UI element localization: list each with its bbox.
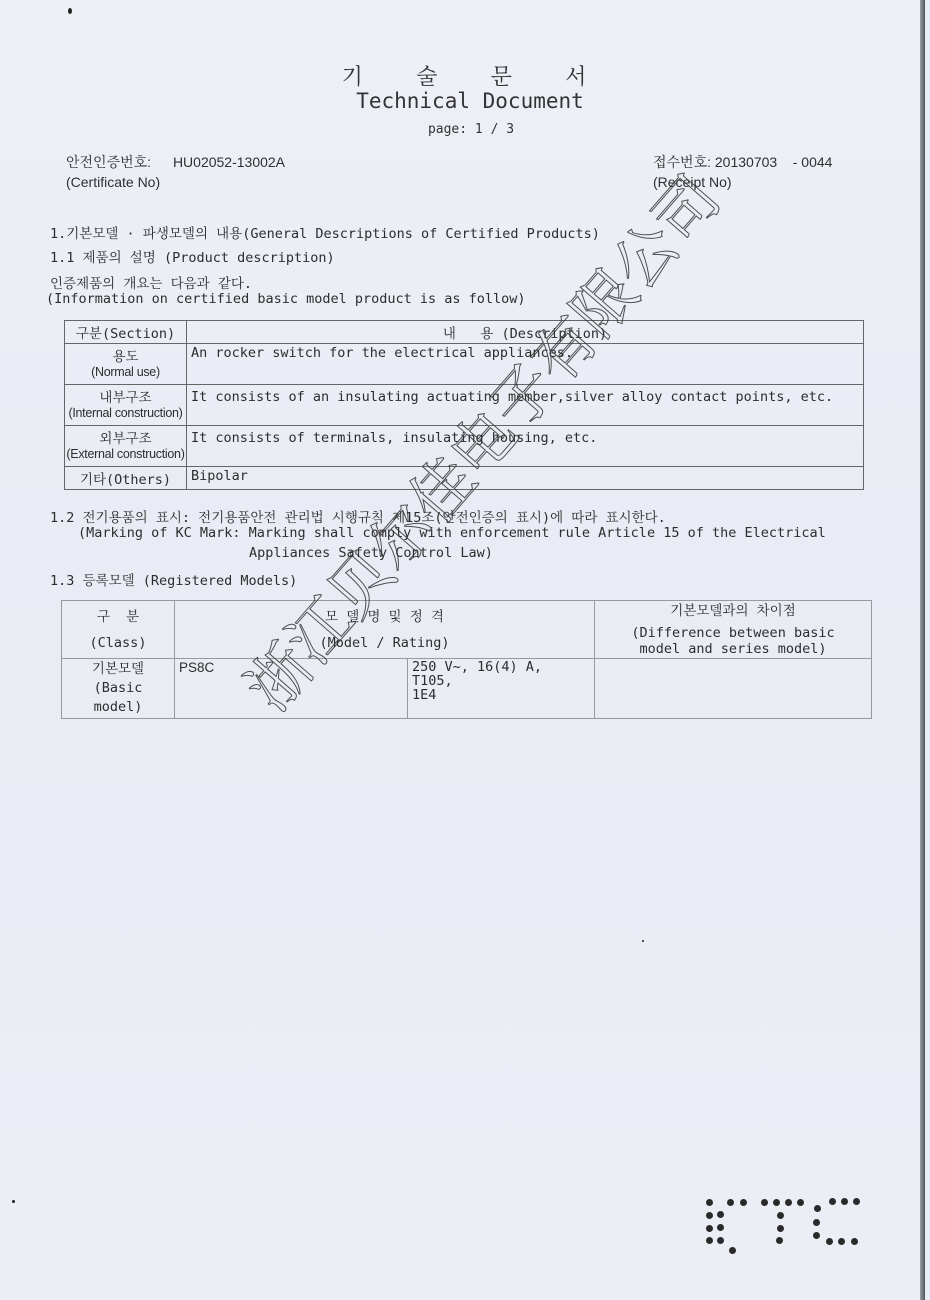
section-1-3-heading: 1.3 등록모델 (Registered Models) xyxy=(50,569,297,589)
intro-korean: 인증제품의 개요는 다음과 같다. xyxy=(50,272,252,292)
receipt-value: 20130703 - 0044 xyxy=(715,154,833,170)
table-header-row: 구분(Section) 내 용 (Description) xyxy=(65,321,864,344)
header-section: 구분(Section) xyxy=(65,321,187,344)
row-label-ko: 용도 xyxy=(65,345,186,365)
document-page: 기 술 문 서 Technical Document page: 1 / 3 안… xyxy=(0,0,925,1300)
header-difference-ko: 기본모델과의 차이점 xyxy=(599,603,867,619)
row-label-en: (Normal use) xyxy=(65,365,186,379)
section-1-1-heading: 1.1 제품의 설명 (Product description) xyxy=(50,246,335,266)
table-row: 기본모델 (Basic model) PS8C 250 V~, 16(4) A,… xyxy=(62,659,872,719)
document-title-english: Technical Document xyxy=(0,89,930,113)
header-difference-en-2: model and series model) xyxy=(599,641,867,657)
ktc-logo xyxy=(700,1195,870,1255)
document-title-korean: 기 술 문 서 xyxy=(0,60,930,91)
row-rating: 250 V~, 16(4) A, T105, xyxy=(412,660,590,688)
header-class-en: (Class) xyxy=(66,630,170,656)
certificate-value: HU02052-13002A xyxy=(173,154,285,170)
row-label-en: (Internal construction) xyxy=(65,406,186,420)
scan-speck xyxy=(12,1200,15,1203)
row-class-en: (Basic model) xyxy=(66,679,170,717)
scan-edge xyxy=(920,0,925,1300)
row-difference xyxy=(595,659,872,719)
header-difference-en-1: (Difference between basic xyxy=(599,625,867,641)
row-label-ko: 내부구조 xyxy=(65,386,186,406)
row-value: Bipolar xyxy=(187,467,864,490)
intro-english: (Information on certified basic model pr… xyxy=(46,291,526,307)
row-class-ko: 기본모델 xyxy=(66,660,170,679)
row-rating-2: 1E4 xyxy=(412,688,590,702)
row-label-ko: 외부구조 xyxy=(65,427,186,447)
table-header-row: 구 분 (Class) 모 델 명 및 정 격 (Model / Rating)… xyxy=(62,601,872,659)
table-row: 용도(Normal use) An rocker switch for the … xyxy=(65,344,864,385)
certificate-label: 안전인증번호: xyxy=(66,154,151,170)
row-label-en: (External construction) xyxy=(65,447,186,461)
header-class-ko: 구 분 xyxy=(66,604,170,630)
certificate-label-en: (Certificate No) xyxy=(66,174,160,190)
scan-speck xyxy=(68,8,72,14)
scan-speck xyxy=(642,940,644,942)
section-1-heading: 1.기본모델 · 파생모델의 내용(General Descriptions o… xyxy=(50,222,600,242)
row-label-ko: 기타(Others) xyxy=(65,467,187,490)
certificate-number: 안전인증번호: HU02052-13002A xyxy=(66,152,285,172)
page-number: page: 1 / 3 xyxy=(0,122,930,137)
registered-models-table: 구 분 (Class) 모 델 명 및 정 격 (Model / Rating)… xyxy=(61,600,872,719)
